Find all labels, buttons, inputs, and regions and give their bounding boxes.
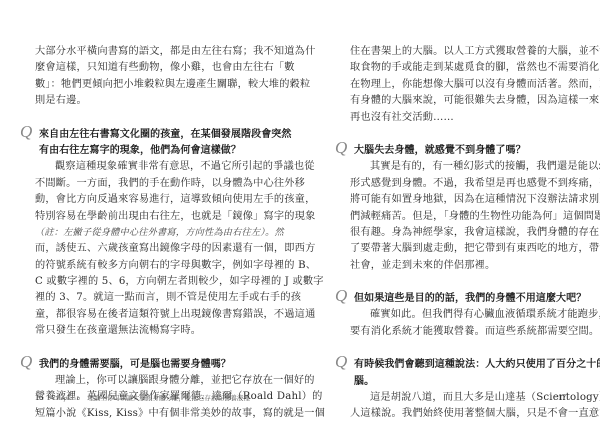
question-block-mirror-writing: Q 來自由左往右書寫文化圈的孩童，在某個發展階段會突然 有由右往左寫字的現象，他… xyxy=(35,127,251,340)
text-line: 短篇小說《Kiss, Kiss》中有個非常美妙的故事，寫的就是一個 xyxy=(35,406,251,422)
text-line: 不間斷。一方面，我們的手在動作時，以身體為中心往外移 xyxy=(35,176,251,192)
text-line: 形式感覺到身體。不過，我希望是再也感覺不到疼痛，否則那 xyxy=(350,176,566,192)
q-marker-icon: Q xyxy=(20,124,32,140)
q-marker-icon: Q xyxy=(335,140,347,156)
text-line: 人這樣說。我們始終使用著整個大腦，只是不會一直意識到這 xyxy=(350,406,566,422)
text-line: 再也沒有社交活動…… xyxy=(350,110,566,126)
question-heading: 我們的身體需要腦，可是腦也需要身體嗎？ xyxy=(35,357,251,373)
question-line: 有由右往左寫字的現象，他們為何會這樣做？ xyxy=(39,143,251,159)
text-line: 常只發生在孩童還無法流暢寫字時。 xyxy=(35,323,251,339)
text-line: 有身體的大腦來說，可能很難失去身體，因為這樣一來，它就 xyxy=(350,93,566,109)
left-page-footer: 16 Chapter 1 理論上你可以讓大腦跟身體分離，並把它存放在營養液裡 xyxy=(35,393,250,402)
question-block-ten-percent-myth: Q 有時候我們會聽到這種說法：人大約只使用了百分之十的 腦。 這是胡說八道，而且… xyxy=(350,357,566,423)
text-line: 了要帶著大腦到處走動，把它帶到有東西吃的地方，帶它走進 xyxy=(350,241,566,257)
text-line: 童，都很容易在後者這類符號上出現鏡像書寫錯誤，不過這通 xyxy=(35,307,251,323)
text-line: 住在書架上的大腦。以人工方式獲取營養的大腦，並不需要抓 xyxy=(350,44,566,60)
chapter-label: Chapter 1 xyxy=(53,395,79,402)
text-line: 其實是有的，有一種幻影式的接觸，我們還是能以幻覺的 xyxy=(350,159,566,175)
question-line: 但如果這些是目的的話，我們的身體不用這麼大吧？ xyxy=(354,291,566,307)
answer-paragraph: 觀察這種現象確實非常有意思，不過它所引起的爭議也從 不間斷。一方面，我們的手在動… xyxy=(35,159,251,339)
answer-paragraph: 這是胡說八道，而且大多是山達基（Scientology）團體的 人這樣說。我們始… xyxy=(350,390,566,423)
text-line: 在物理上，你能想像大腦可以沒有身體而活著。然而，對習慣 xyxy=(350,77,566,93)
question-line: 我們的身體需要腦，可是腦也需要身體嗎？ xyxy=(39,357,251,373)
text-line: C 或數字裡的 5、6，方向朝左者則較少，如字母裡的 J 或數字 xyxy=(35,274,251,290)
question-block-body-size: Q 但如果這些是目的的話，我們的身體不用這麼大吧？ 確實如此。但我們得有心臟血液… xyxy=(350,291,566,340)
text-line: 數」：牠們更傾向把小堆穀粒與左邊產生關聯，較大堆的穀粒 xyxy=(35,77,251,93)
text-line: 理論上，你可以讓腦跟身體分離，並把它存放在一個好的 xyxy=(35,373,251,389)
text-line: 大部分水平橫向書寫的語文，都是由左往右寫；我不知道為什 xyxy=(35,44,251,60)
text-line: 而，誘使五、六歲孩童寫出鏡像字母的因素還有一個，即西方 xyxy=(35,241,251,257)
question-heading: 但如果這些是目的的話，我們的身體不用這麼大吧？ xyxy=(350,291,566,307)
question-block-brain-without-body: Q 大腦失去身體，就感覺不到身體了嗎？ 其實是有的，有一種幻影式的接觸，我們還是… xyxy=(350,143,566,274)
text-line: 特別容易在學齡前出現由右往左，也就是「鏡像」寫字的現象 xyxy=(35,209,251,225)
text-line: 將可能有如置身地獄，因為在這種情況下沒辦法請求別人幫我 xyxy=(350,192,566,208)
text-line: 觀察這種現象確實非常有意思，不過它所引起的爭議也從 xyxy=(35,159,251,175)
right-page-text-column: 住在書架上的大腦。以人工方式獲取營養的大腦，並不需要抓 取食物的手或能走到某處覓… xyxy=(350,44,566,423)
left-page: 大部分水平橫向書寫的語文，都是由左往右寫；我不知道為什 麼會這樣，只知道有些動物… xyxy=(0,0,300,425)
text-line: 確實如此。但我們得有心臟血液循環系統才能跑步，也需 xyxy=(350,307,566,323)
text-line: 們減輕痛苦。但是，「身體的生物性功能為何」這個問題倒真的 xyxy=(350,209,566,225)
question-line: 腦。 xyxy=(354,374,566,390)
text-line: 社會，並走到未來的伴侶那裡。 xyxy=(350,258,566,274)
answer-paragraph: 確實如此。但我們得有心臟血液循環系統才能跑步，也需 要有消化系統才能獲取營養。而… xyxy=(350,307,566,340)
left-page-text-column: 大部分水平橫向書寫的語文，都是由左往右寫；我不知道為什 麼會這樣，只知道有些動物… xyxy=(35,44,251,422)
page-number: 17 xyxy=(558,393,566,402)
q-marker-icon: Q xyxy=(335,354,347,370)
page-number: 16 xyxy=(35,393,43,402)
text-line: 裡的 3、7。就這一點而言，則不管是使用左手或右手的孩 xyxy=(35,290,251,306)
question-line: 來自由左往右書寫文化圈的孩童，在某個發展階段會突然 xyxy=(39,127,251,143)
text-line: 很有趣。身為神經學家，我會這樣說，我們身體的存在，是為 xyxy=(350,225,566,241)
question-line: 大腦失去身體，就感覺不到身體了嗎？ xyxy=(354,143,566,159)
text-line: 動，會比方向反過來容易進行，這導致傾向使用左手的孩童， xyxy=(35,192,251,208)
text-line: 則是右邊。 xyxy=(35,93,251,109)
translator-note: （註：左撇子從身體中心往外書寫，方向性為由右往左）。然 xyxy=(35,225,251,241)
intro-paragraph: 住在書架上的大腦。以人工方式獲取營養的大腦，並不需要抓 取食物的手或能走到某處覓… xyxy=(350,44,566,126)
running-title: 理論上你可以讓大腦跟身體分離，並把它存放在營養液裡 xyxy=(87,394,250,402)
answer-paragraph: 其實是有的，有一種幻影式的接觸，我們還是能以幻覺的 形式感覺到身體。不過，我希望… xyxy=(350,159,566,274)
question-heading: 來自由左往右書寫文化圈的孩童，在某個發展階段會突然 有由右往左寫字的現象，他們為… xyxy=(35,127,251,160)
text-line: 取食物的手或能走到某處覓食的腳，當然也不需要消化食物。 xyxy=(350,60,566,76)
q-marker-icon: Q xyxy=(335,288,347,304)
text-line: 這是胡說八道，而且大多是山達基（Scientology）團體的 xyxy=(350,390,566,406)
question-heading: 大腦失去身體，就感覺不到身體了嗎？ xyxy=(350,143,566,159)
question-line: 有時候我們會聽到這種說法：人大約只使用了百分之十的 xyxy=(354,357,566,373)
question-block-body-needs-brain: Q 我們的身體需要腦，可是腦也需要身體嗎？ 理論上，你可以讓腦跟身體分離，並把它… xyxy=(35,357,251,423)
right-page: 住在書架上的大腦。以人工方式獲取營養的大腦，並不需要抓 取食物的手或能走到某處覓… xyxy=(300,0,600,425)
q-marker-icon: Q xyxy=(20,354,32,370)
text-line: 的符號系統有較多方向朝右的字母與數字，例如字母裡的 B、 xyxy=(35,258,251,274)
question-heading: 有時候我們會聽到這種說法：人大約只使用了百分之十的 腦。 xyxy=(350,357,566,390)
text-line: 麼會這樣，只知道有些動物，像小雞，也會由左往右「數 xyxy=(35,60,251,76)
text-line: 要有消化系統才能獲取營養。而這些系統都需要空間。 xyxy=(350,324,566,340)
intro-paragraph: 大部分水平橫向書寫的語文，都是由左往右寫；我不知道為什 麼會這樣，只知道有些動物… xyxy=(35,44,251,110)
